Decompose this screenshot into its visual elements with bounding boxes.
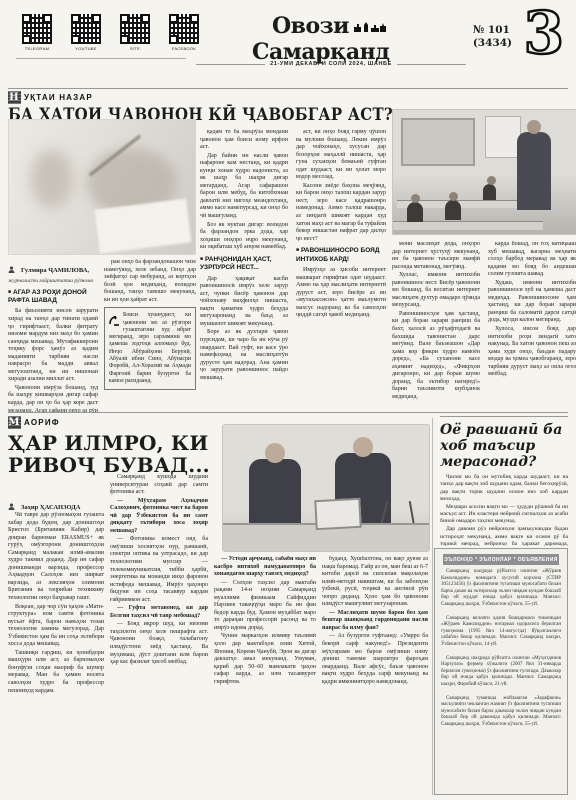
issue-serial: (3434)	[473, 37, 512, 50]
article2-column-3: — Устоди арҷманд, сабаби маҳз ин касбро …	[214, 556, 316, 795]
headline-line: РИВОҶ БУВАД...	[8, 455, 234, 477]
subhead-text: РАВОНШИНОСРО БОЯД ИНТИХОБ КАРД!	[296, 247, 379, 262]
body-paragraph: Чунин марказҳои илмиву таълимӣ ҳоло дар …	[214, 633, 316, 686]
article2-col2-body: Самарқанд кушода шудани университураи со…	[110, 474, 208, 667]
body-paragraph: Боз як нуктаи дигар: волидон ба фарзандо…	[200, 222, 288, 252]
body-paragraph: Самарқанд кушода шудани университураи со…	[110, 474, 208, 497]
article1-photo-classroom	[392, 109, 576, 235]
page-number: 3	[524, 4, 564, 62]
section-divider	[8, 412, 568, 413]
article2-col1-body: Чӣ тавре дар рӯзномаҳои гузашта хабар до…	[8, 512, 104, 695]
kicker-text: УҚТАИ НАЗАР	[24, 93, 93, 102]
registan-skyline-icon	[353, 21, 387, 37]
header-rule	[16, 58, 186, 59]
masthead: Овози Самарқанд	[252, 13, 442, 65]
article1-col4-top: аст, ки онҳо бояд гарму ҷӯшон ва мулоим …	[296, 129, 386, 243]
body-paragraph: Воқеан, дар чор сӯи ҷаҳон «Матн-структур…	[8, 604, 104, 649]
article1-column-4: аст, ки онҳо бояд гарму ҷӯшон ва мулоим …	[296, 129, 386, 413]
square-bullet-icon: ■	[200, 256, 203, 262]
photo-laptop	[314, 498, 362, 530]
body-paragraph: Дар байни ин насли ҷавон нафароне кам не…	[200, 153, 288, 221]
announcements-header: ЭЪЛОНҲО * ЭЪЛОНЛАР * ОБЪЯВЛЕНИЯ	[443, 554, 559, 565]
body-paragraph: Чӣ тавре дар рӯзномаҳои гузашта хабар до…	[8, 512, 104, 603]
body-paragraph: Меҳвари асосии вақти мо — ҳудуди рӯшноӣ …	[440, 504, 568, 525]
body-paragraph: Худаш, имкони интихоби равоншиноси хуб н…	[488, 280, 576, 325]
article1-byline: Гулмира ҶАМИЛОВА, журналисти ғайриштатии…	[8, 259, 98, 285]
qr-label: SITE	[118, 46, 152, 51]
article1-col6-body: карда бошад, он гоҳ натиҷааш хуб мешавад…	[488, 241, 576, 379]
body-paragraph: қадам то ба маърӯза мондани ҷавонон ҳам …	[200, 129, 288, 152]
body-paragraph: Ташвиқи гардиш, ки ҷонибдори машҳури илм…	[8, 650, 104, 695]
announcement-item: Самарқанд туманида жойлашган «Зарафшон» …	[441, 696, 561, 729]
body-paragraph: — Мӯҳтарам Аҳмадҷон Салоҳович, фотоника …	[110, 498, 208, 536]
article2-column-2: Самарқанд кушода шудани университураи со…	[110, 474, 208, 795]
body-paragraph: — Аз бузургон гуфтаанд: «Умрро ба бекорӣ…	[322, 633, 428, 686]
article1-col4-rest: Имрӯзҳо аз ҳисоби интернет машварат гири…	[296, 267, 386, 320]
pull-quote-box: Боиси хушнудист, ки ҷавонони мо аз рӯзго…	[104, 307, 196, 390]
article1-col3-rest: Дар ҳақиқат касби равоншиносӣ имрӯз хеле…	[200, 276, 288, 383]
photo-pupil-figure	[445, 200, 461, 220]
body-paragraph: Хулоса, инсон бояд дар интихоби роҳи зин…	[488, 326, 576, 379]
article1-column-1: Гулмира ҶАМИЛОВА, журналисти ғайриштатии…	[8, 259, 98, 413]
photo-desk	[393, 221, 543, 230]
photo-blackboard	[401, 118, 475, 166]
article2-column-1: Чӣ тавре дар рӯзномаҳои гузашта хабар до…	[8, 512, 104, 795]
announcements-list: Самарқанд шаҳрида рӯйхатга олинган «Жўра…	[435, 569, 567, 728]
body-paragraph: раи онҳо ба фарзандонашон чизе намегӯянд…	[104, 259, 196, 304]
photo-window	[485, 116, 521, 158]
article1-subhead-2: ■РАНҶОНИДАН ҲАСТ, УЗРПУРСӢ НЕСТ...	[200, 256, 288, 273]
article1-subhead-3: ■РАВОНШИНОСРО БОЯД ИНТИХОБ КАРД!	[296, 247, 386, 264]
article1-kicker: Н УҚТАИ НАЗАР	[8, 91, 128, 104]
article2-column-4: буданд. Хушбахтона, он вақт дуюм аз нақш…	[322, 556, 428, 795]
kicker-initial-box: Н	[8, 91, 21, 104]
article2-col3-body: — Устоди арҷманд, сабаби маҳз ин касбро …	[214, 556, 316, 686]
qr-facebook[interactable]: FACEBOOK	[167, 14, 201, 51]
body-paragraph: Ҷисми мо ба он мутобиқ карда шудааст, ки…	[440, 474, 568, 503]
article1-column-2: раи онҳо ба фарзандонашон чизе намегӯянд…	[104, 259, 196, 413]
body-paragraph: — Солҳои таҳсил дар мактаби рақами 14-и …	[214, 580, 316, 633]
body-paragraph: мони маслиҳат дода, онҳоро дар интернет …	[392, 241, 480, 271]
dateline-text: 21-УМИ ДЕКАБРИ СОЛИ 2024, ШАНБЕ	[270, 61, 392, 67]
qr-code-icon	[120, 14, 150, 44]
body-paragraph: — Устоди арҷманд, сабаби маҳз ин касбро …	[214, 556, 316, 579]
body-paragraph: Имрӯзҳо аз ҳисоби интернет машварат гири…	[296, 267, 386, 320]
announcement-item: Самарқанд шаҳрида рӯйхатга олинган «Муҳи…	[441, 656, 561, 689]
qr-telegram[interactable]: TELEGRAM	[20, 14, 54, 51]
article2-photo-interview	[222, 424, 430, 552]
body-paragraph: буданд. Хушбахтона, он вақт дуюм аз нақш…	[322, 556, 428, 609]
body-paragraph: — Маслиҳати шумо барои боз ҳам бештар ша…	[322, 610, 428, 633]
article2-col4-body: буданд. Хушбахтона, он вақт дуюм аз нақш…	[322, 556, 428, 686]
article-opinion: Н УҚТАИ НАЗАР БА ХАТОИ ҶАВОНОН КӢ ҶАВОБГ…	[8, 88, 568, 413]
body-paragraph: Ба фаъолияти инсон зарурати хирад на тан…	[8, 308, 98, 383]
newspaper-page: TELEGRAM YOUTUBE SITE FACEBOOK Овози Сам…	[0, 0, 576, 800]
qr-code-icon	[169, 14, 199, 44]
article1-subhead-1: ■АГАР АЗ РОҲИ ДОНОӢ РАФТА ШАВАД	[8, 289, 98, 306]
article3-body: Ҷисми мо ба он мутобиқ карда шудааст, ки…	[440, 474, 568, 558]
article-sleep-light: Оё равшанӣ ба хоб таъсир мерасонад? Ҷисм…	[440, 416, 568, 558]
article1-column-3: қадам то ба маърӯза мондани ҷавонон ҳам …	[200, 129, 288, 413]
announcement-item: Самарқанд вилояти адлия бошқармаси томон…	[441, 616, 561, 649]
body-paragraph: карда бошад, он гоҳ натиҷааш хуб мешавад…	[488, 241, 576, 279]
body-paragraph: — Бояд иқрор шуд, ки низоми таҳсилоти он…	[110, 621, 208, 666]
article1-photo-writing	[8, 119, 196, 255]
article3-headline: Оё равшанӣ ба хоб таъсир мерасонад?	[440, 416, 568, 470]
article1-col3-top: қадам то ба маърӯза мондани ҷавонон ҳам …	[200, 129, 288, 252]
photo-figure	[31, 150, 73, 208]
byline-name: Гулмира ҶАМИЛОВА,	[21, 267, 89, 274]
body-paragraph: Касони зиёде баҳона меҷӯянд, ки барои он…	[296, 183, 386, 243]
subhead-text: РАНҶОНИДАН ҲАСТ, УЗРПУРСӢ НЕСТ...	[200, 256, 272, 271]
square-bullet-icon: ■	[296, 247, 299, 253]
kicker-initial-box: М	[8, 416, 21, 429]
body-paragraph: Боре аз як духтари ҷавон пурсидам, ки ча…	[200, 329, 288, 382]
body-paragraph: — Гуфта метавонед, ки дар Белгия таҳсил …	[110, 605, 208, 620]
column-divider	[432, 418, 433, 795]
photo-pupil-figure	[483, 184, 496, 200]
square-bullet-icon: ■	[8, 289, 11, 295]
photo-pupil-figure	[407, 202, 423, 222]
body-paragraph: — Фотоника илмест оид ба омӯзиши хосиятҳ…	[110, 536, 208, 604]
article2-kicker: М АОРИФ	[8, 416, 98, 429]
article1-col2-body: раи онҳо ба фарзандонашон чизе намегӯянд…	[104, 259, 196, 304]
qr-code-row: TELEGRAM YOUTUBE SITE FACEBOOK	[20, 14, 201, 51]
qr-label: YOUTUBE	[69, 46, 103, 51]
qr-code-icon	[71, 14, 101, 44]
photo-teacher-figure	[517, 132, 551, 210]
article2-headline: ҲАР ИЛМРО, КИ РИВОҶ БУВАД...	[8, 433, 234, 476]
qr-site[interactable]: SITE	[118, 14, 152, 51]
qr-youtube[interactable]: YOUTUBE	[69, 14, 103, 51]
headline-line: ҲАР ИЛМРО, КИ	[8, 433, 234, 455]
article1-col5-body: мони маслиҳат дода, онҳоро дар интернет …	[392, 241, 480, 401]
quote-text: Боиси хушнудист, ки ҷавонони мо аз рӯзго…	[109, 312, 191, 385]
body-paragraph: Ҷавонони имрӯза бошанд, зуд ба шаҳру киш…	[8, 385, 98, 413]
kicker-text: АОРИФ	[24, 418, 60, 427]
body-paragraph: Дар ҳақиқат касби равоншиносӣ имрӯз хеле…	[200, 276, 288, 329]
byline-role: журналисти ғайриштатии рӯзнома	[8, 278, 98, 285]
body-paragraph: Хуллас, имкони интихоби равоншинос нест.…	[392, 272, 480, 310]
subhead-text: АГАР АЗ РОҲИ ДОНОӢ РАФТА ШАВАД	[8, 289, 87, 304]
qr-code-icon	[22, 14, 52, 44]
article1-column-6: карда бошад, он гоҳ натиҷааш хуб мешавад…	[488, 241, 576, 413]
announcement-item: Самарқанд шаҳрида рӯйхатга олинган «Жўра…	[441, 569, 561, 609]
article1-column-5: мони маслиҳат дода, онҳоро дар интернет …	[392, 241, 480, 413]
photo-man-figure	[249, 459, 301, 525]
announcements-box: ЭЪЛОНҲО * ЭЪЛОНЛАР * ОБЪЯВЛЕНИЯ Самарқан…	[434, 548, 568, 795]
issue-number: № 101	[473, 24, 512, 37]
curved-arrow-icon	[109, 313, 120, 331]
byline-name: Заҳир ҲАСАНЗОДА	[21, 504, 80, 511]
issue-block: № 101 (3434)	[473, 24, 512, 50]
masthead-line1: Овози	[272, 13, 349, 39]
body-paragraph: аст, ки онҳо бояд гарму ҷӯшон ва мулоим …	[296, 129, 386, 182]
article1-col1-body: Ба фаъолияти инсон зарурати хирад на тан…	[8, 308, 98, 413]
qr-label: TELEGRAM	[20, 46, 54, 51]
body-paragraph: Равоншиносҳое ҳам ҳастанд, ки дар бораи …	[392, 311, 480, 402]
dateline: 21-УМИ ДЕКАБРИ СОЛИ 2024, ШАНБЕ	[196, 61, 466, 67]
qr-label: FACEBOOK	[167, 46, 201, 51]
article-education: М АОРИФ ҲАР ИЛМРО, КИ РИВОҶ БУВАД... Заҳ…	[8, 416, 428, 795]
person-icon	[8, 260, 15, 278]
